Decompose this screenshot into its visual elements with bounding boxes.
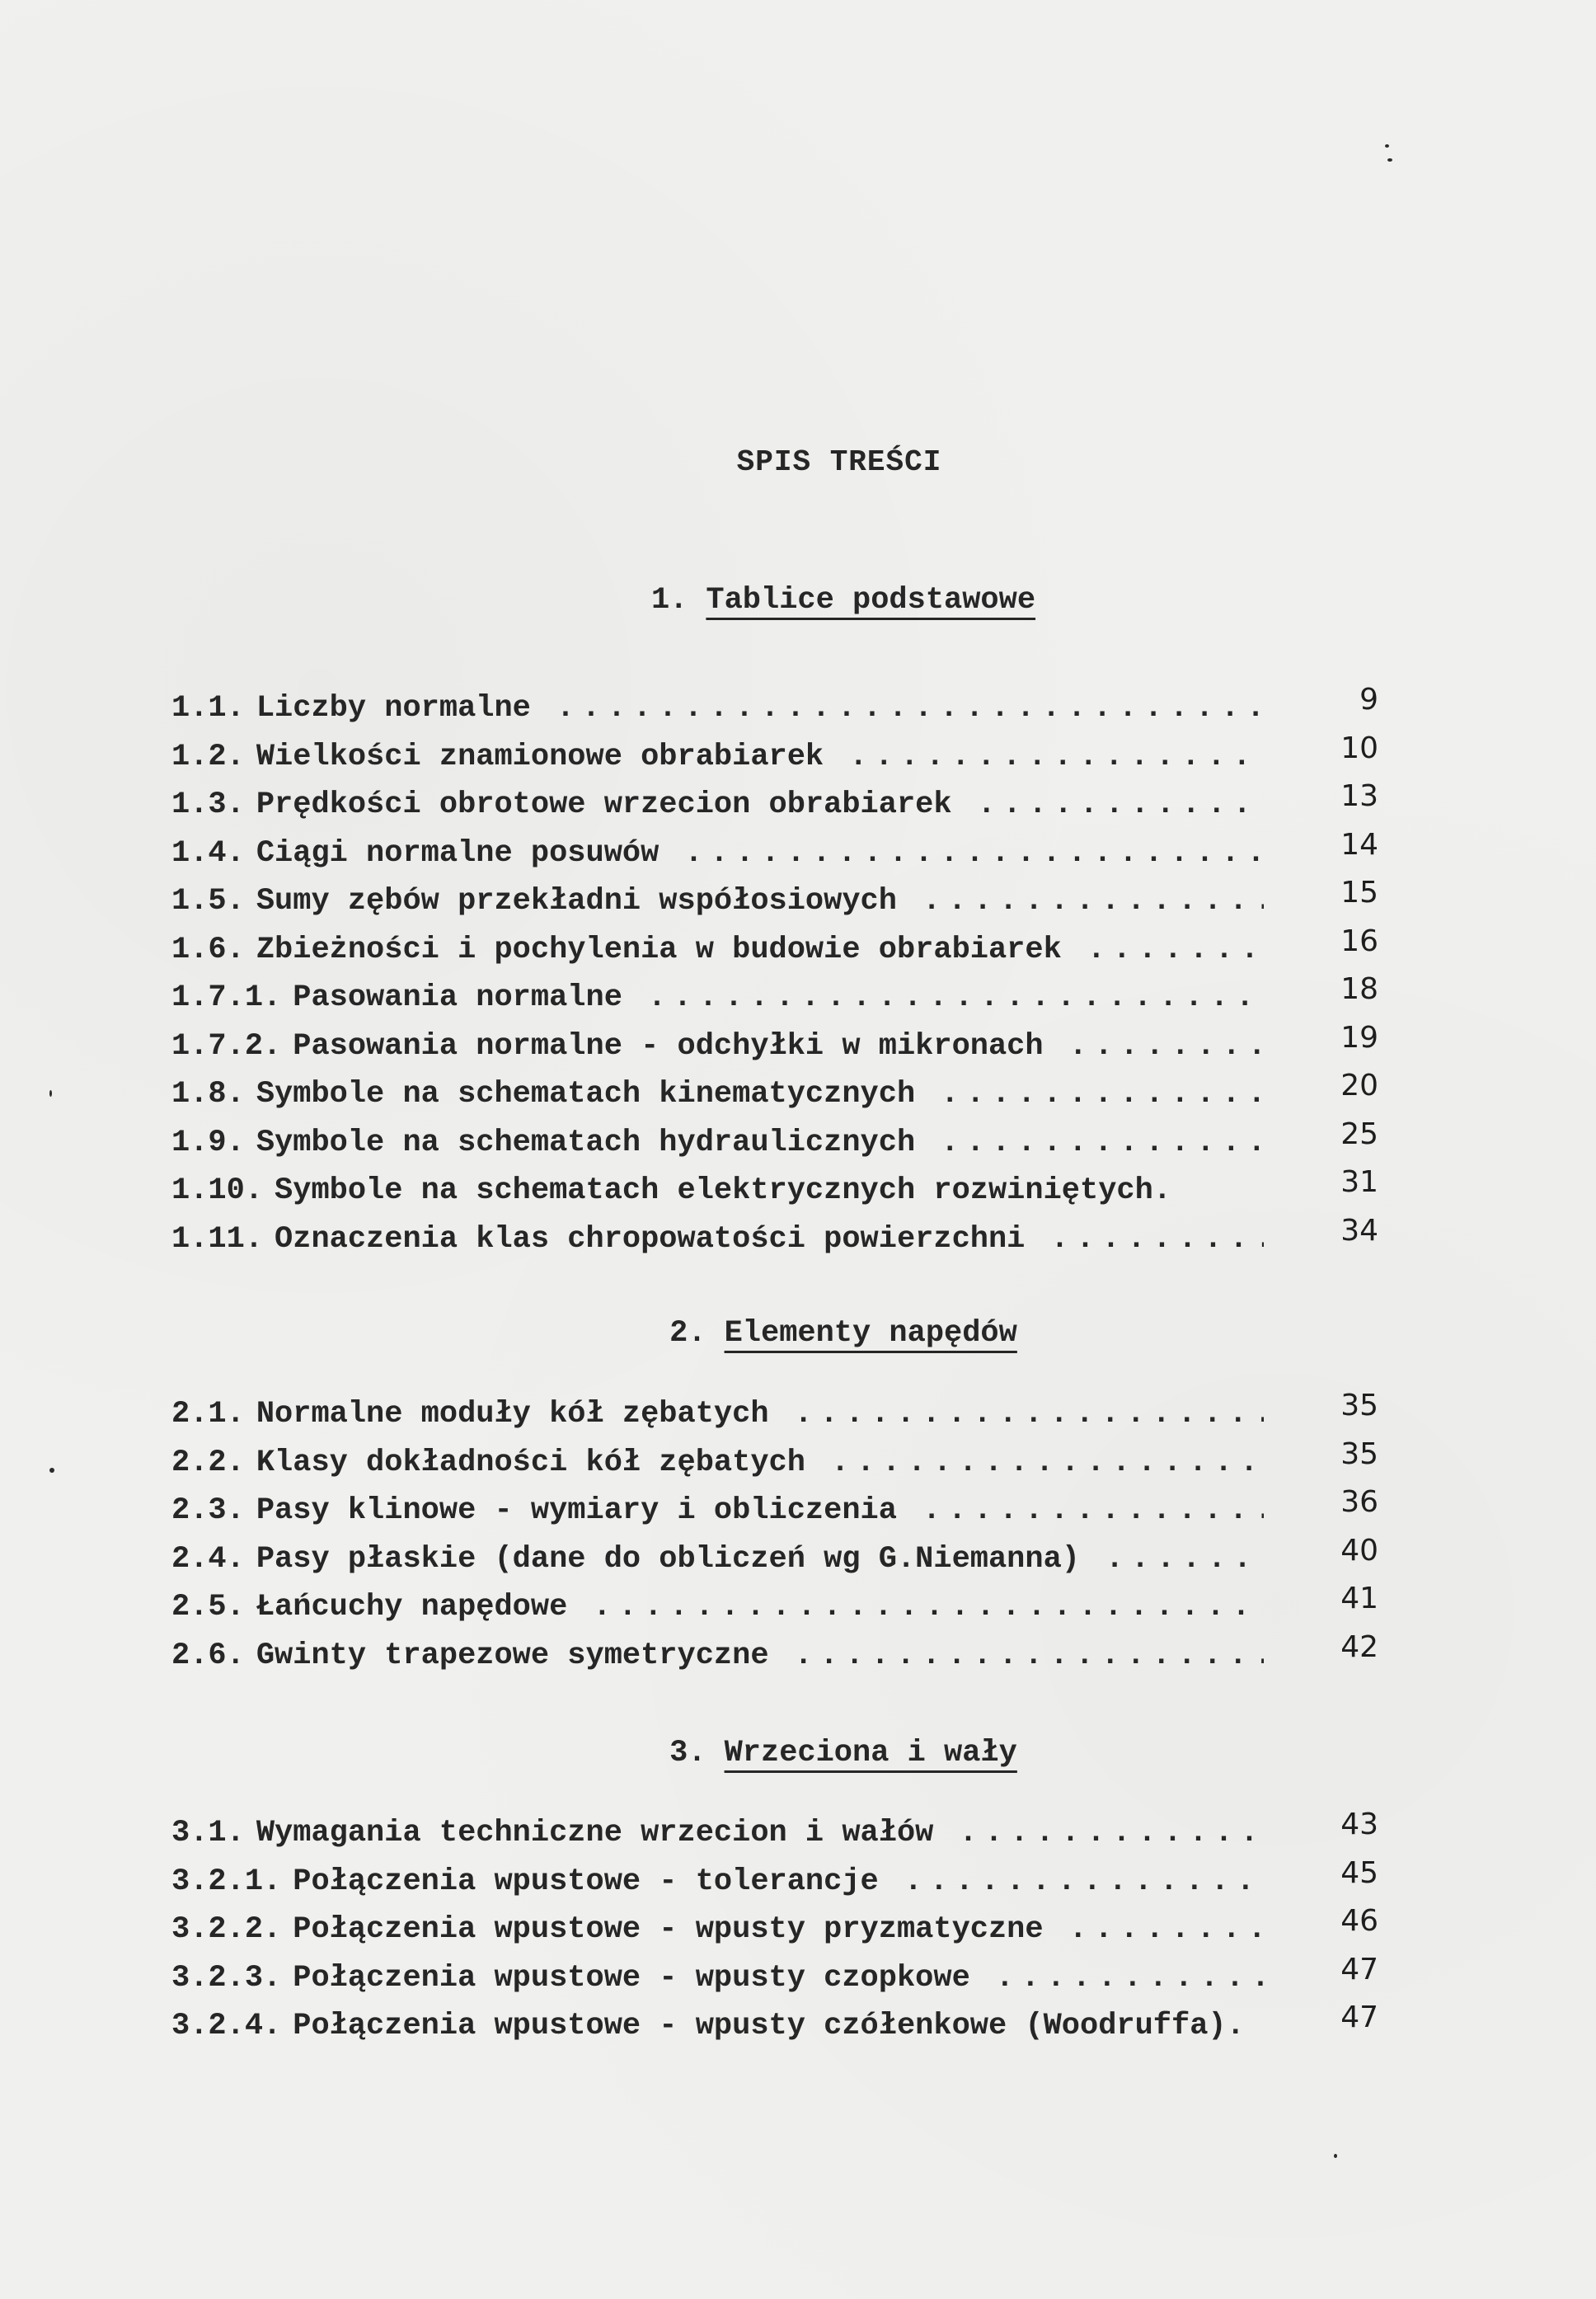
toc-entry-number: 1.5. <box>171 884 245 919</box>
toc-entry-label: 3.2.3.Połączenia wpustowe - wpusty czopk… <box>171 1961 1264 1996</box>
dot-leader: ........................................… <box>769 1638 1264 1673</box>
toc-entry-label: 1.7.2.Pasowania normalne - odchyłki w mi… <box>171 1029 1264 1064</box>
dot-leader: ........................................… <box>933 1816 1264 1850</box>
toc-entry-number: 2.4. <box>171 1542 245 1577</box>
toc-entry-number: 2.1. <box>171 1397 245 1432</box>
toc-entry: 2.2.Klasy dokładności kół zębatych .....… <box>171 1446 1383 1494</box>
toc-entry-page-number: 10 <box>1304 731 1378 765</box>
toc-entry: 3.1.Wymagania techniczne wrzecion i wałó… <box>171 1816 1383 1864</box>
toc-entry-page-number: 34 <box>1304 1214 1378 1248</box>
toc-entry-number: 3.2.4. <box>171 2009 281 2043</box>
toc-entry-page-number: 14 <box>1304 828 1378 862</box>
toc-entry-label: 1.8.Symbole na schematach kinematycznych… <box>171 1077 1264 1112</box>
toc-entry: 1.3.Prędkości obrotowe wrzecion obrabiar… <box>171 787 1383 836</box>
dot-leader: ........................................… <box>897 1493 1264 1528</box>
toc-entry-number: 1.7.2. <box>171 1029 281 1064</box>
toc-entry: 1.4.Ciągi normalne posuwów .............… <box>171 836 1383 885</box>
toc-entry-page-number: 47 <box>1304 2000 1378 2034</box>
toc-entry: 3.2.2.Połączenia wpustowe - wpusty pryzm… <box>171 1912 1383 1961</box>
toc-entry: 1.7.1.Pasowania normalne ...............… <box>171 980 1383 1029</box>
dot-leader: ........................................… <box>897 884 1264 919</box>
toc-entry-title: Symbole na schematach hydraulicznych <box>256 1126 915 1160</box>
toc-entry-page-number: 19 <box>1304 1021 1378 1055</box>
toc-entry-number: 2.6. <box>171 1638 245 1673</box>
toc-entry-number: 3.2.2. <box>171 1912 281 1947</box>
toc-entry: 1.1.Liczby normalne ....................… <box>171 691 1383 740</box>
toc-entry: 1.7.2.Pasowania normalne - odchyłki w mi… <box>171 1029 1383 1078</box>
scan-speck <box>49 1468 54 1473</box>
toc-entry-label: 3.1.Wymagania techniczne wrzecion i wałó… <box>171 1816 1264 1850</box>
section-heading-3: 3.Wrzeciona i wały <box>0 1736 1596 1770</box>
toc-entry-page-number: 35 <box>1304 1437 1378 1471</box>
toc-list-section-3: 3.1.Wymagania techniczne wrzecion i wałó… <box>171 1816 1383 2057</box>
toc-entry-number: 2.5. <box>171 1590 245 1624</box>
toc-entry-page-number: 25 <box>1304 1117 1378 1151</box>
toc-entry-title: Klasy dokładności kół zębatych <box>256 1446 805 1480</box>
toc-entry-page-number: 42 <box>1304 1630 1378 1664</box>
dot-leader: ........................................… <box>622 980 1264 1015</box>
scan-speck <box>49 1090 52 1097</box>
toc-entry-page-number: 43 <box>1304 1808 1378 1841</box>
toc-entry-title: Pasowania normalne - odchyłki w mikronac… <box>293 1029 1043 1064</box>
toc-entry: 1.11.Oznaczenia klas chropowatości powie… <box>171 1222 1383 1271</box>
toc-entry: 2.5.Łańcuchy napędowe ..................… <box>171 1590 1383 1638</box>
toc-entry-label: 1.3.Prędkości obrotowe wrzecion obrabiar… <box>171 787 1264 822</box>
toc-entry-label: 2.6.Gwinty trapezowe symetryczne .......… <box>171 1638 1264 1673</box>
toc-entry-label: 1.4.Ciągi normalne posuwów .............… <box>171 836 1264 871</box>
toc-entry: 1.5.Sumy zębów przekładni współosiowych … <box>171 884 1383 933</box>
toc-entry-label: 2.2.Klasy dokładności kół zębatych .....… <box>171 1446 1264 1480</box>
toc-entry-title: Wymagania techniczne wrzecion i wałów <box>256 1816 934 1850</box>
toc-entry-title: Gwinty trapezowe symetryczne <box>256 1638 769 1673</box>
section-title: Elementy napędów <box>725 1316 1017 1351</box>
toc-entry-number: 2.2. <box>171 1446 245 1480</box>
toc-entry-page-number: 36 <box>1304 1485 1378 1519</box>
toc-entry: 1.9.Symbole na schematach hydraulicznych… <box>171 1126 1383 1174</box>
section-title: Wrzeciona i wały <box>725 1736 1017 1770</box>
toc-entry: 3.2.1.Połączenia wpustowe - tolerancje .… <box>171 1864 1383 1913</box>
toc-entry-label: 2.5.Łańcuchy napędowe ..................… <box>171 1590 1264 1624</box>
toc-entry-label: 3.2.2.Połączenia wpustowe - wpusty pryzm… <box>171 1912 1264 1947</box>
section-title: Tablice podstawowe <box>706 583 1035 618</box>
toc-entry-page-number: 9 <box>1304 683 1378 717</box>
toc-entry-page-number: 47 <box>1304 1953 1378 1986</box>
section-number: 2. <box>669 1316 706 1351</box>
toc-entry-number: 3.2.3. <box>171 1961 281 1996</box>
dot-leader: ........................................… <box>1080 1542 1264 1577</box>
section-heading-1: 1.Tablice podstawowe <box>0 583 1596 618</box>
toc-entry-page-number: 35 <box>1304 1389 1378 1422</box>
toc-entry-title: Pasowania normalne <box>293 980 622 1015</box>
toc-entry-number: 1.4. <box>171 836 245 871</box>
section-number: 3. <box>669 1736 706 1770</box>
toc-entry: 1.6.Zbieżności i pochylenia w budowie ob… <box>171 933 1383 981</box>
toc-entry-label: 2.3.Pasy klinowe - wymiary i obliczenia … <box>171 1493 1264 1528</box>
toc-entry-title: Oznaczenia klas chropowatości powierzchn… <box>275 1222 1025 1257</box>
scan-speck <box>1334 2154 1337 2158</box>
dot-leader: ........................................… <box>970 1961 1264 1996</box>
toc-entry-title: Łańcuchy napędowe <box>256 1590 567 1624</box>
toc-entry-number: 1.3. <box>171 787 245 822</box>
toc-entry: 3.2.3.Połączenia wpustowe - wpusty czopk… <box>171 1961 1383 2010</box>
toc-entry: 1.10.Symbole na schematach elektrycznych… <box>171 1173 1383 1222</box>
toc-entry-page-number: 40 <box>1304 1534 1378 1568</box>
toc-list-section-2: 2.1.Normalne moduły kół zębatych .......… <box>171 1397 1383 1686</box>
toc-entry-title: Połączenia wpustowe - tolerancje <box>293 1864 879 1899</box>
toc-entry-number: 1.9. <box>171 1126 245 1160</box>
toc-entry-number: 1.1. <box>171 691 245 726</box>
toc-entry-title: Ciągi normalne posuwów <box>256 836 659 871</box>
toc-entry-title: Symbole na schematach elektrycznych rozw… <box>275 1173 1171 1208</box>
toc-entry-title: Zbieżności i pochylenia w budowie obrabi… <box>256 933 1062 967</box>
toc-entry: 3.2.4.Połączenia wpustowe - wpusty czółe… <box>171 2009 1383 2057</box>
dot-leader: ........................................… <box>952 787 1264 822</box>
toc-entry-label: 2.1.Normalne moduły kół zębatych .......… <box>171 1397 1264 1432</box>
toc-entry-number: 3.2.1. <box>171 1864 281 1899</box>
toc-entry-title: Sumy zębów przekładni współosiowych <box>256 884 897 919</box>
toc-entry-label: 1.2.Wielkości znamionowe obrabiarek ....… <box>171 740 1264 774</box>
dot-leader: ........................................… <box>805 1446 1264 1480</box>
dot-leader: ........................................… <box>1025 1222 1264 1257</box>
dot-leader: ........................................… <box>769 1397 1264 1432</box>
toc-entry-number: 1.10. <box>171 1173 263 1208</box>
toc-entry-title: Normalne moduły kół zębatych <box>256 1397 769 1432</box>
toc-entry-number: 1.2. <box>171 740 245 774</box>
toc-entry-label: 1.11.Oznaczenia klas chropowatości powie… <box>171 1222 1264 1257</box>
toc-entry-page-number: 18 <box>1304 972 1378 1006</box>
toc-entry: 1.2.Wielkości znamionowe obrabiarek ....… <box>171 740 1383 788</box>
toc-entry-page-number: 13 <box>1304 779 1378 813</box>
toc-entry-page-number: 16 <box>1304 924 1378 958</box>
dot-leader: ........................................… <box>1044 1029 1264 1064</box>
toc-entry-title: Pasy klinowe - wymiary i obliczenia <box>256 1493 897 1528</box>
toc-entry-title: Liczby normalne <box>256 691 531 726</box>
toc-entry-label: 1.5.Sumy zębów przekładni współosiowych … <box>171 884 1264 919</box>
toc-entry-number: 1.8. <box>171 1077 245 1112</box>
dot-leader: ........................................… <box>659 836 1264 871</box>
toc-entry-title: Symbole na schematach kinematycznych <box>256 1077 915 1112</box>
toc-entry-number: 1.11. <box>171 1222 263 1257</box>
toc-entry-label: 3.2.1.Połączenia wpustowe - tolerancje .… <box>171 1864 1264 1899</box>
toc-entry-number: 3.1. <box>171 1816 245 1850</box>
toc-entry-number: 2.3. <box>171 1493 245 1528</box>
toc-entry-page-number: 20 <box>1304 1069 1378 1102</box>
toc-entry-title: Połączenia wpustowe - wpusty czopkowe <box>293 1961 970 1996</box>
toc-entry-label: 1.1.Liczby normalne ....................… <box>171 691 1264 726</box>
dot-leader: ........................................… <box>1062 933 1264 967</box>
toc-entry-title: Prędkości obrotowe wrzecion obrabiarek <box>256 787 952 822</box>
toc-entry-label: 2.4.Pasy płaskie (dane do obliczeń wg G.… <box>171 1542 1264 1577</box>
toc-entry-page-number: 15 <box>1304 876 1378 910</box>
toc-list-section-1: 1.1.Liczby normalne ....................… <box>171 691 1383 1270</box>
dot-leader: ........................................… <box>915 1126 1264 1160</box>
dot-leader: ........................................… <box>824 740 1264 774</box>
section-heading-2: 2.Elementy napędów <box>0 1316 1596 1351</box>
toc-entry-label: 1.9.Symbole na schematach hydraulicznych… <box>171 1126 1264 1160</box>
toc-entry-label: 1.6.Zbieżności i pochylenia w budowie ob… <box>171 933 1264 967</box>
toc-entry: 2.6.Gwinty trapezowe symetryczne .......… <box>171 1638 1383 1687</box>
section-number: 1. <box>651 583 688 618</box>
toc-entry-title: Połączenia wpustowe - wpusty pryzmatyczn… <box>293 1912 1043 1947</box>
toc-entry-number: 1.7.1. <box>171 980 281 1015</box>
toc-entry-number: 1.6. <box>171 933 245 967</box>
toc-entry-page-number: 45 <box>1304 1856 1378 1890</box>
toc-entry: 2.3.Pasy klinowe - wymiary i obliczenia … <box>171 1493 1383 1542</box>
dot-leader: ........................................… <box>1044 1912 1264 1947</box>
toc-entry-title: Wielkości znamionowe obrabiarek <box>256 740 824 774</box>
toc-entry-page-number: 41 <box>1304 1582 1378 1615</box>
toc-entry-page-number: 31 <box>1304 1165 1378 1199</box>
toc-entry: 2.1.Normalne moduły kół zębatych .......… <box>171 1397 1383 1446</box>
toc-entry-label: 1.7.1.Pasowania normalne ...............… <box>171 980 1264 1015</box>
toc-entry-title: Pasy płaskie (dane do obliczeń wg G.Niem… <box>256 1542 1080 1577</box>
toc-entry-label: 1.10.Symbole na schematach elektrycznych… <box>171 1173 1264 1208</box>
scan-speck <box>1385 144 1389 148</box>
dot-leader: ........................................… <box>879 1864 1264 1899</box>
toc-entry-title: Połączenia wpustowe - wpusty czółenkowe … <box>293 2009 1245 2043</box>
page-title: SPIS TREŚCI <box>0 445 1596 479</box>
dot-leader: ........................................… <box>567 1590 1264 1624</box>
toc-entry: 2.4.Pasy płaskie (dane do obliczeń wg G.… <box>171 1542 1383 1591</box>
toc-entry: 1.8.Symbole na schematach kinematycznych… <box>171 1077 1383 1126</box>
toc-entry-page-number: 46 <box>1304 1904 1378 1938</box>
dot-leader: ........................................… <box>531 691 1264 726</box>
scan-speck <box>1387 158 1392 162</box>
toc-entry-label: 3.2.4.Połączenia wpustowe - wpusty czółe… <box>171 2009 1264 2043</box>
dot-leader: ........................................… <box>915 1077 1264 1112</box>
